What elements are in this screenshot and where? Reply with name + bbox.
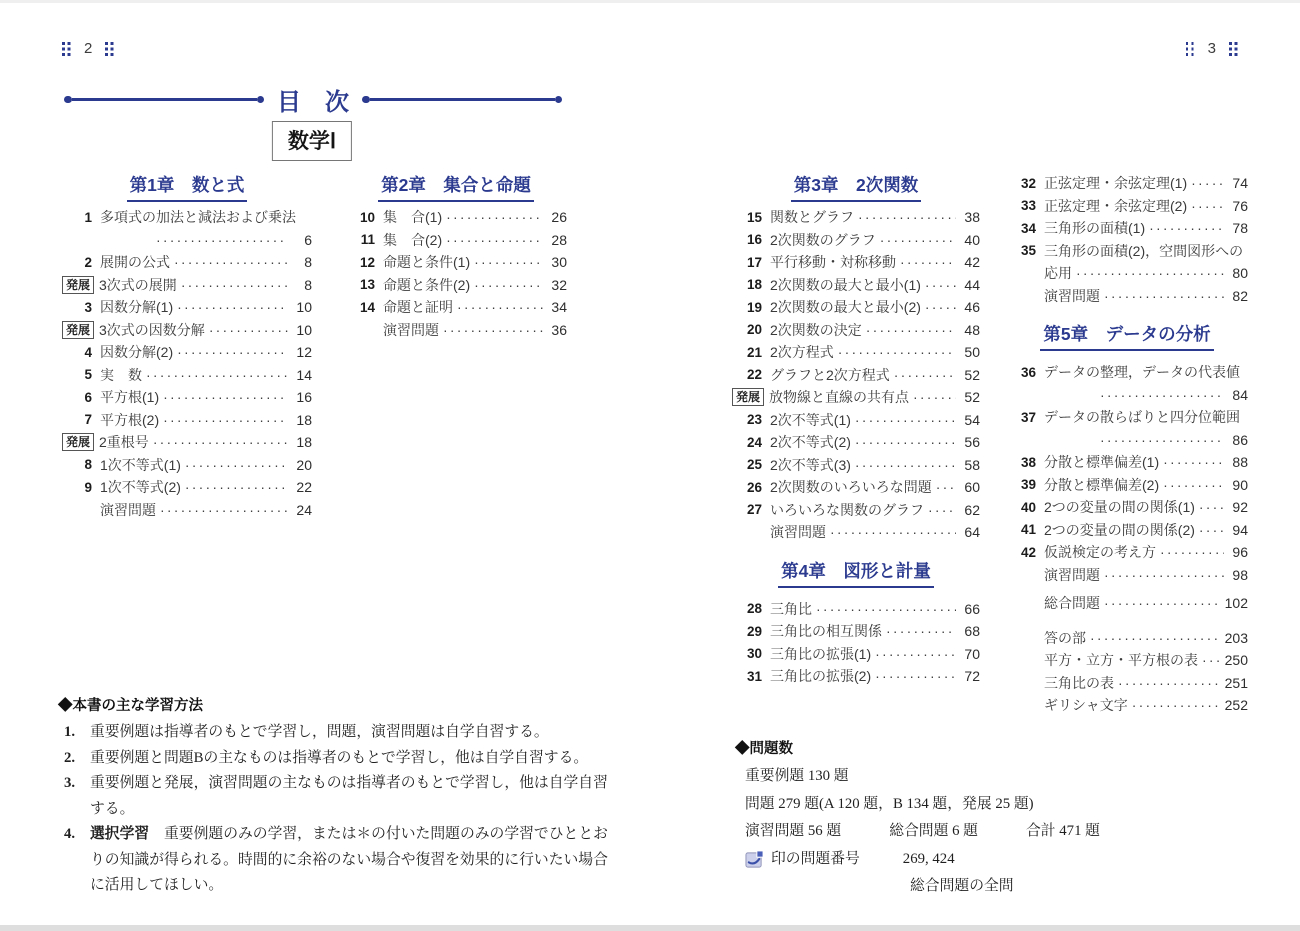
entry-page: 68 xyxy=(960,623,980,639)
toc-entry-continuation: 86 xyxy=(1006,429,1248,452)
toc-entry: 4因数分解(2)12 xyxy=(62,341,312,364)
dotted-leader xyxy=(1118,675,1221,691)
entry-label: 演習問題 xyxy=(770,522,826,542)
entry-number: 25 xyxy=(732,457,762,472)
toc-entry: 22グラフと2次方程式52 xyxy=(732,364,980,387)
entry-page: 250 xyxy=(1225,652,1248,668)
dotted-leader xyxy=(866,322,956,338)
chapter-heading: 第3章 2次関数 xyxy=(732,172,980,206)
entry-label: データの整理，データの代表値 xyxy=(1044,362,1240,382)
toc-entry: 36データの整理，データの代表値 xyxy=(1006,361,1248,384)
toc-entry-continuation: 84 xyxy=(1006,384,1248,407)
toc-entry: 81次不等式(1)20 xyxy=(62,454,312,477)
entry-page: 98 xyxy=(1228,567,1248,583)
entry-label: ギリシャ文字 xyxy=(1044,695,1128,715)
toc-entry: 37データの散らばりと四分位範囲 xyxy=(1006,406,1248,429)
toc-entry: 39分散と標準偏差(2)90 xyxy=(1006,474,1248,497)
entry-label: 2次関数の決定 xyxy=(770,320,862,340)
toc-entry: 演習問題98 xyxy=(1006,564,1248,587)
toc-entry: 242次不等式(2)56 xyxy=(732,431,980,454)
toc-entry: 6平方根(1)16 xyxy=(62,386,312,409)
entry-number: 26 xyxy=(732,480,762,495)
dotted-leader xyxy=(855,434,956,450)
study-methods-section: ◆本書の主な学習方法 1.重要例題は指導者のもとで学習し，問題，演習問題は自学自… xyxy=(58,694,614,899)
entry-number: 11 xyxy=(345,232,375,247)
entry-label: 集 合(1) xyxy=(383,207,442,227)
dotted-leader xyxy=(177,344,288,360)
dotted-leader xyxy=(1076,265,1224,281)
digital-mark-icon xyxy=(745,850,764,869)
counts-segment: 演習問題 56 題 xyxy=(745,818,841,846)
spacer xyxy=(1006,615,1248,627)
dotted-leader xyxy=(146,367,288,383)
entry-number: 19 xyxy=(732,300,762,315)
entry-number: 42 xyxy=(1006,545,1036,560)
chapter-heading-text: 第2章 集合と命題 xyxy=(378,172,534,202)
entry-page: 20 xyxy=(292,457,312,473)
dotted-leader xyxy=(443,322,543,338)
dotted-leader xyxy=(925,299,956,315)
entry-page: 28 xyxy=(547,232,567,248)
toc-entry: 演習問題24 xyxy=(62,499,312,522)
dotted-leader xyxy=(1160,544,1224,560)
entry-page: 66 xyxy=(960,601,980,617)
entry-label: 放物線と直線の共有点 xyxy=(769,387,909,407)
dotted-leader xyxy=(1100,387,1224,403)
entry-label: 応用 xyxy=(1044,263,1072,283)
page-number-text: 2 xyxy=(84,40,92,57)
dotted-leader xyxy=(1163,477,1224,493)
toc-entry: 29三角比の相互関係68 xyxy=(732,620,980,643)
dotted-leader xyxy=(177,299,288,315)
entry-page: 102 xyxy=(1225,595,1248,611)
hatten-badge: 発展 xyxy=(62,433,94,451)
entry-page: 88 xyxy=(1228,454,1248,470)
entry-label: 多項式の加法と減法および乗法 xyxy=(100,207,296,227)
entry-page: 42 xyxy=(960,254,980,270)
entry-number: 20 xyxy=(732,322,762,337)
item-text: 重要例題と問題Bの主なものは指導者のもとで学習し，他は自学自習する。 xyxy=(90,750,588,766)
entry-number: 31 xyxy=(732,669,762,684)
toc-entry: 32正弦定理・余弦定理(1)74 xyxy=(1006,172,1248,195)
entry-page: 8 xyxy=(292,254,312,270)
entry-label: 命題と条件(2) xyxy=(383,275,470,295)
entry-label: 2次方程式 xyxy=(770,342,834,362)
entry-label: 2次不等式(3) xyxy=(770,455,851,475)
entry-label: 平方根(1) xyxy=(100,387,159,407)
entry-number: 34 xyxy=(1006,221,1036,236)
study-method-item: 1.重要例題は指導者のもとで学習し，問題，演習問題は自学自習する。 xyxy=(58,720,614,746)
toc-entry: 232次不等式(1)54 xyxy=(732,409,980,432)
counts-segment: 合計 471 題 xyxy=(1026,818,1100,846)
item-bold-term: 選択学習 xyxy=(90,826,149,842)
toc-entry: 総合問題102 xyxy=(1006,592,1248,615)
entry-page: 16 xyxy=(292,389,312,405)
entry-page: 90 xyxy=(1228,477,1248,493)
dots-ornament xyxy=(1186,41,1195,56)
entry-page: 26 xyxy=(547,209,567,225)
dotted-leader xyxy=(830,524,956,540)
toc-entry: 402つの変量の間の関係(1)92 xyxy=(1006,496,1248,519)
entry-number: 32 xyxy=(1006,176,1036,191)
entry-label: 実 数 xyxy=(100,365,142,385)
toc-entry: 31三角比の拡張(2)72 xyxy=(732,665,980,688)
dots-ornament xyxy=(62,41,71,56)
toc-entry: 15関数とグラフ38 xyxy=(732,206,980,229)
entry-label: 三角比の表 xyxy=(1044,673,1114,693)
toc-column: 第3章 2次関数15関数とグラフ38162次関数のグラフ4017平行移動・対称移… xyxy=(732,172,980,717)
entry-label: 三角形の面積(1) xyxy=(1044,218,1145,238)
right-page-number: 3 xyxy=(1186,40,1238,57)
entry-number: 37 xyxy=(1006,410,1036,425)
entry-number: 9 xyxy=(62,480,92,495)
entry-number: 24 xyxy=(732,435,762,450)
dotted-leader xyxy=(209,322,288,338)
entry-label: 2次関数のグラフ xyxy=(770,230,876,250)
toc-entry: 7平方根(2)18 xyxy=(62,409,312,432)
toc-entry: 10集 合(1)26 xyxy=(345,206,567,229)
item-number: 1. xyxy=(64,720,75,746)
left-page: 2 目 次 数学Ⅰ 第1章 数と式1多項式の加法と減法および乗法62展開の公式8… xyxy=(0,0,650,931)
toc-columns-right: 第3章 2次関数15関数とグラフ38162次関数のグラフ4017平行移動・対称移… xyxy=(732,172,1248,717)
toc-entry: 発展放物線と直線の共有点52 xyxy=(732,386,980,409)
entry-label: 2次関数のいろいろな問題 xyxy=(770,477,932,497)
item-number: 4. xyxy=(64,822,75,848)
dotted-leader xyxy=(936,479,956,495)
chapter-heading: 第1章 数と式 xyxy=(62,172,312,206)
entry-label: 1次不等式(1) xyxy=(100,455,181,475)
entry-number: 27 xyxy=(732,502,762,517)
subject-box: 数学Ⅰ xyxy=(272,121,352,161)
entry-number: 22 xyxy=(732,367,762,382)
dotted-leader xyxy=(1104,288,1224,304)
entry-label: 因数分解(2) xyxy=(100,342,173,362)
dotted-leader xyxy=(913,389,956,405)
toc-entry: 2展開の公式8 xyxy=(62,251,312,274)
entry-label: 正弦定理・余弦定理(2) xyxy=(1044,196,1187,216)
entry-label: 命題と条件(1) xyxy=(383,252,470,272)
dotted-leader xyxy=(163,389,288,405)
entry-page: 60 xyxy=(960,479,980,495)
toc-title: 目 次 xyxy=(277,82,349,117)
hatten-badge: 発展 xyxy=(62,276,94,294)
dotted-leader xyxy=(1163,454,1224,470)
entry-label: 演習問題 xyxy=(383,320,439,340)
toc-entry: 演習問題64 xyxy=(732,521,980,544)
counts-value: 269, 424 xyxy=(903,846,955,874)
dotted-leader xyxy=(160,502,288,518)
chapter-heading-text: 第4章 図形と計量 xyxy=(778,558,934,588)
item-number: 3. xyxy=(64,771,75,797)
toc-columns-left: 第1章 数と式1多項式の加法と減法および乗法62展開の公式8発展3次式の展開83… xyxy=(62,172,567,521)
entry-number: 5 xyxy=(62,367,92,382)
entry-label: 仮説検定の考え方 xyxy=(1044,542,1156,562)
entry-page: 58 xyxy=(960,457,980,473)
entry-number: 35 xyxy=(1006,243,1036,258)
entry-page: 94 xyxy=(1228,522,1248,538)
entry-number: 10 xyxy=(345,210,375,225)
right-page: 3 第3章 2次関数15関数とグラフ38162次関数のグラフ4017平行移動・対… xyxy=(650,0,1300,931)
counts-label: 印の問題番号 xyxy=(771,846,860,874)
entry-page: 10 xyxy=(292,322,312,338)
entry-page: 50 xyxy=(960,344,980,360)
toc-entry: 262次関数のいろいろな問題60 xyxy=(732,476,980,499)
entry-page: 22 xyxy=(292,479,312,495)
toc-column: 32正弦定理・余弦定理(1)7433正弦定理・余弦定理(2)7634三角形の面積… xyxy=(1006,172,1248,717)
toc-entry: 14命題と証明34 xyxy=(345,296,567,319)
dotted-leader xyxy=(855,457,956,473)
entry-label: 総合問題 xyxy=(1044,593,1100,613)
header-line xyxy=(370,98,555,101)
entry-label: 演習問題 xyxy=(1044,286,1100,306)
entry-number: 28 xyxy=(732,601,762,616)
entry-page: 30 xyxy=(547,254,567,270)
dotted-leader xyxy=(1149,220,1224,236)
dotted-leader xyxy=(153,434,288,450)
entry-page: 82 xyxy=(1228,288,1248,304)
entry-label: 平方根(2) xyxy=(100,410,159,430)
toc-entry-continuation: 6 xyxy=(62,229,312,252)
dotted-leader xyxy=(928,502,956,518)
entry-label: データの散らばりと四分位範囲 xyxy=(1044,407,1240,427)
entry-page: 46 xyxy=(960,299,980,315)
dotted-leader xyxy=(900,254,956,270)
study-method-item: 3.重要例題と発展，演習問題の主なものは指導者のもとで学習し，他は自学自習する。 xyxy=(58,771,614,822)
dotted-leader xyxy=(875,646,956,662)
dotted-leader xyxy=(174,254,288,270)
entry-page: 92 xyxy=(1228,499,1248,515)
study-methods-heading: ◆本書の主な学習方法 xyxy=(58,694,614,715)
hatten-badge: 発展 xyxy=(62,321,94,339)
problem-counts-section: ◆問題数 重要例題 130 題問題 279 題(A 120 題，B 134 題，… xyxy=(735,737,1247,901)
toc-entry: 35三角形の面積(2)，空間図形への xyxy=(1006,240,1248,263)
toc-entry: 発展3次式の展開8 xyxy=(62,274,312,297)
entry-number: 39 xyxy=(1006,477,1036,492)
toc-entry: 91次不等式(2)22 xyxy=(62,476,312,499)
chapter-heading-text: 第1章 数と式 xyxy=(127,172,248,202)
toc-entry: 12命題と条件(1)30 xyxy=(345,251,567,274)
entry-label: 1次不等式(2) xyxy=(100,477,181,497)
entry-number: 16 xyxy=(732,232,762,247)
entry-label: 正弦定理・余弦定理(1) xyxy=(1044,173,1187,193)
dots-ornament xyxy=(1229,41,1238,56)
entry-label: 2重根号 xyxy=(99,432,149,452)
chapter-heading: 第2章 集合と命題 xyxy=(345,172,567,206)
entry-label: 分散と標準偏差(2) xyxy=(1044,475,1159,495)
counts-segment: 総合問題 6 題 xyxy=(889,818,978,846)
toc-entry: 答の部203 xyxy=(1006,627,1248,650)
entry-number: 6 xyxy=(62,390,92,405)
toc-entry: 30三角比の拡張(1)70 xyxy=(732,643,980,666)
dots-ornament xyxy=(105,41,114,56)
entry-page: 24 xyxy=(292,502,312,518)
entry-page: 52 xyxy=(960,367,980,383)
counts-row: 重要例題 130 題 xyxy=(735,763,1247,791)
dotted-leader xyxy=(457,299,543,315)
study-methods-list: 1.重要例題は指導者のもとで学習し，問題，演習問題は自学自習する。2.重要例題と… xyxy=(58,720,614,899)
toc-entry: 発展3次式の因数分解10 xyxy=(62,319,312,342)
entry-number: 2 xyxy=(62,255,92,270)
dotted-leader xyxy=(1191,175,1224,191)
dotted-leader xyxy=(925,277,956,293)
entry-number: 4 xyxy=(62,345,92,360)
entry-label: 三角比の拡張(1) xyxy=(770,644,871,664)
entry-page: 78 xyxy=(1228,220,1248,236)
entry-number: 14 xyxy=(345,300,375,315)
entry-page: 14 xyxy=(292,367,312,383)
problem-counts-rows: 重要例題 130 題問題 279 題(A 120 題，B 134 題，発展 25… xyxy=(735,763,1247,901)
entry-number: 23 xyxy=(732,412,762,427)
dotted-leader xyxy=(1199,499,1224,515)
entry-number: 38 xyxy=(1006,455,1036,470)
toc-entry-continuation: 応用80 xyxy=(1006,262,1248,285)
entry-page: 251 xyxy=(1225,675,1248,691)
dotted-leader xyxy=(185,457,288,473)
entry-number: 41 xyxy=(1006,522,1036,537)
study-method-item: 2.重要例題と問題Bの主なものは指導者のもとで学習し，他は自学自習する。 xyxy=(58,746,614,772)
dotted-leader xyxy=(886,623,956,639)
entry-page: 62 xyxy=(960,502,980,518)
dotted-leader xyxy=(185,479,288,495)
entry-label: 2次不等式(1) xyxy=(770,410,851,430)
entry-label: 三角比の拡張(2) xyxy=(770,666,871,686)
entry-label: 3次式の因数分解 xyxy=(99,320,205,340)
dotted-leader xyxy=(1202,652,1221,668)
entry-number: 12 xyxy=(345,255,375,270)
toc-entry: 412つの変量の間の関係(2)94 xyxy=(1006,519,1248,542)
entry-label: 答の部 xyxy=(1044,628,1086,648)
toc-entry: 発展2重根号18 xyxy=(62,431,312,454)
toc-entry: ギリシャ文字252 xyxy=(1006,694,1248,717)
dotted-leader xyxy=(181,277,288,293)
entry-page: 52 xyxy=(960,389,980,405)
entry-number: 17 xyxy=(732,255,762,270)
header-dot xyxy=(257,96,265,104)
dotted-leader xyxy=(1132,697,1221,713)
entry-page: 56 xyxy=(960,434,980,450)
item-number: 2. xyxy=(64,746,75,772)
entry-number: 40 xyxy=(1006,500,1036,515)
counts-row: 総合問題の全問 xyxy=(735,873,1247,901)
dotted-leader xyxy=(1104,595,1221,611)
problem-counts-heading: ◆問題数 xyxy=(735,737,1247,758)
entry-number: 7 xyxy=(62,412,92,427)
toc-entry: 3因数分解(1)10 xyxy=(62,296,312,319)
toc-entry: 平方・立方・平方根の表250 xyxy=(1006,649,1248,672)
entry-number: 3 xyxy=(62,300,92,315)
header-dot xyxy=(362,96,370,104)
toc-header: 目 次 xyxy=(64,82,562,117)
toc-entry: 13命題と条件(2)32 xyxy=(345,274,567,297)
toc-entry: 5実 数14 xyxy=(62,364,312,387)
toc-entry: 162次関数のグラフ40 xyxy=(732,229,980,252)
toc-entry: 演習問題82 xyxy=(1006,285,1248,308)
entry-page: 38 xyxy=(960,209,980,225)
entry-page: 48 xyxy=(960,322,980,338)
entry-page: 34 xyxy=(547,299,567,315)
toc-entry: 34三角形の面積(1)78 xyxy=(1006,217,1248,240)
entry-page: 6 xyxy=(292,232,312,248)
toc-entry: 38分散と標準偏差(1)88 xyxy=(1006,451,1248,474)
entry-label: 3次式の展開 xyxy=(99,275,177,295)
header-dot xyxy=(555,96,563,104)
entry-number: 15 xyxy=(732,210,762,225)
entry-label: グラフと2次方程式 xyxy=(770,365,890,385)
toc-spread: 2 目 次 数学Ⅰ 第1章 数と式1多項式の加法と減法および乗法62展開の公式8… xyxy=(0,0,1300,931)
toc-entry: 33正弦定理・余弦定理(2)76 xyxy=(1006,195,1248,218)
entry-page: 18 xyxy=(292,412,312,428)
toc-entry: 212次方程式50 xyxy=(732,341,980,364)
entry-number: 29 xyxy=(732,624,762,639)
counts-row: 演習問題 56 題総合問題 6 題合計 471 題 xyxy=(735,818,1247,846)
toc-entry: 202次関数の決定48 xyxy=(732,319,980,342)
dotted-leader xyxy=(1199,522,1224,538)
entry-label: 三角比 xyxy=(770,599,812,619)
entry-label: 分散と標準偏差(1) xyxy=(1044,452,1159,472)
entry-number: 1 xyxy=(62,210,92,225)
entry-label: 2次不等式(2) xyxy=(770,432,851,452)
entry-number: 33 xyxy=(1006,198,1036,213)
entry-label: いろいろな関数のグラフ xyxy=(770,500,924,520)
entry-label: 集 合(2) xyxy=(383,230,442,250)
entry-label: 2次関数の最大と最小(1) xyxy=(770,275,921,295)
dotted-leader xyxy=(1191,198,1224,214)
toc-entry: 27いろいろな関数のグラフ62 xyxy=(732,499,980,522)
chapter-heading: 第5章 データの分析 xyxy=(1006,321,1248,355)
entry-page: 32 xyxy=(547,277,567,293)
entry-number: 36 xyxy=(1006,365,1036,380)
entry-label: 演習問題 xyxy=(1044,565,1100,585)
dotted-leader xyxy=(838,344,956,360)
entry-number: 30 xyxy=(732,646,762,661)
entry-number: 21 xyxy=(732,345,762,360)
entry-page: 96 xyxy=(1228,544,1248,560)
entry-page: 80 xyxy=(1228,265,1248,281)
entry-label: 三角形の面積(2)，空間図形への xyxy=(1044,241,1243,261)
entry-label: 平方・立方・平方根の表 xyxy=(1044,650,1198,670)
counts-row: 問題 279 題(A 120 題，B 134 題，発展 25 題) xyxy=(735,791,1247,819)
left-page-number: 2 xyxy=(62,40,114,57)
dotted-leader xyxy=(156,232,288,248)
chapter-heading-text: 第3章 2次関数 xyxy=(791,172,921,202)
entry-page: 86 xyxy=(1228,432,1248,448)
item-text: 重要例題は指導者のもとで学習し，問題，演習問題は自学自習する。 xyxy=(90,724,549,740)
dotted-leader xyxy=(446,209,543,225)
item-text: 重要例題と発展，演習問題の主なものは指導者のもとで学習し，他は自学自習する。 xyxy=(90,775,608,817)
entry-page: 40 xyxy=(960,232,980,248)
toc-entry: 252次不等式(3)58 xyxy=(732,454,980,477)
dotted-leader xyxy=(1090,630,1221,646)
entry-page: 252 xyxy=(1225,697,1248,713)
dotted-leader xyxy=(446,232,543,248)
entry-label: 因数分解(1) xyxy=(100,297,173,317)
dotted-leader xyxy=(816,601,956,617)
toc-entry: 1多項式の加法と減法および乗法 xyxy=(62,206,312,229)
toc-entry: 42仮説検定の考え方96 xyxy=(1006,541,1248,564)
toc-entry: 三角比の表251 xyxy=(1006,672,1248,695)
page-number-text: 3 xyxy=(1208,40,1216,57)
dotted-leader xyxy=(894,367,956,383)
header-line xyxy=(72,98,257,101)
entry-page: 72 xyxy=(960,668,980,684)
dotted-leader xyxy=(880,232,956,248)
entry-label: 関数とグラフ xyxy=(770,207,854,227)
entry-page: 44 xyxy=(960,277,980,293)
toc-entry: 演習問題36 xyxy=(345,319,567,342)
entry-label: 2次関数の最大と最小(2) xyxy=(770,297,921,317)
entry-page: 54 xyxy=(960,412,980,428)
dotted-leader xyxy=(474,277,543,293)
